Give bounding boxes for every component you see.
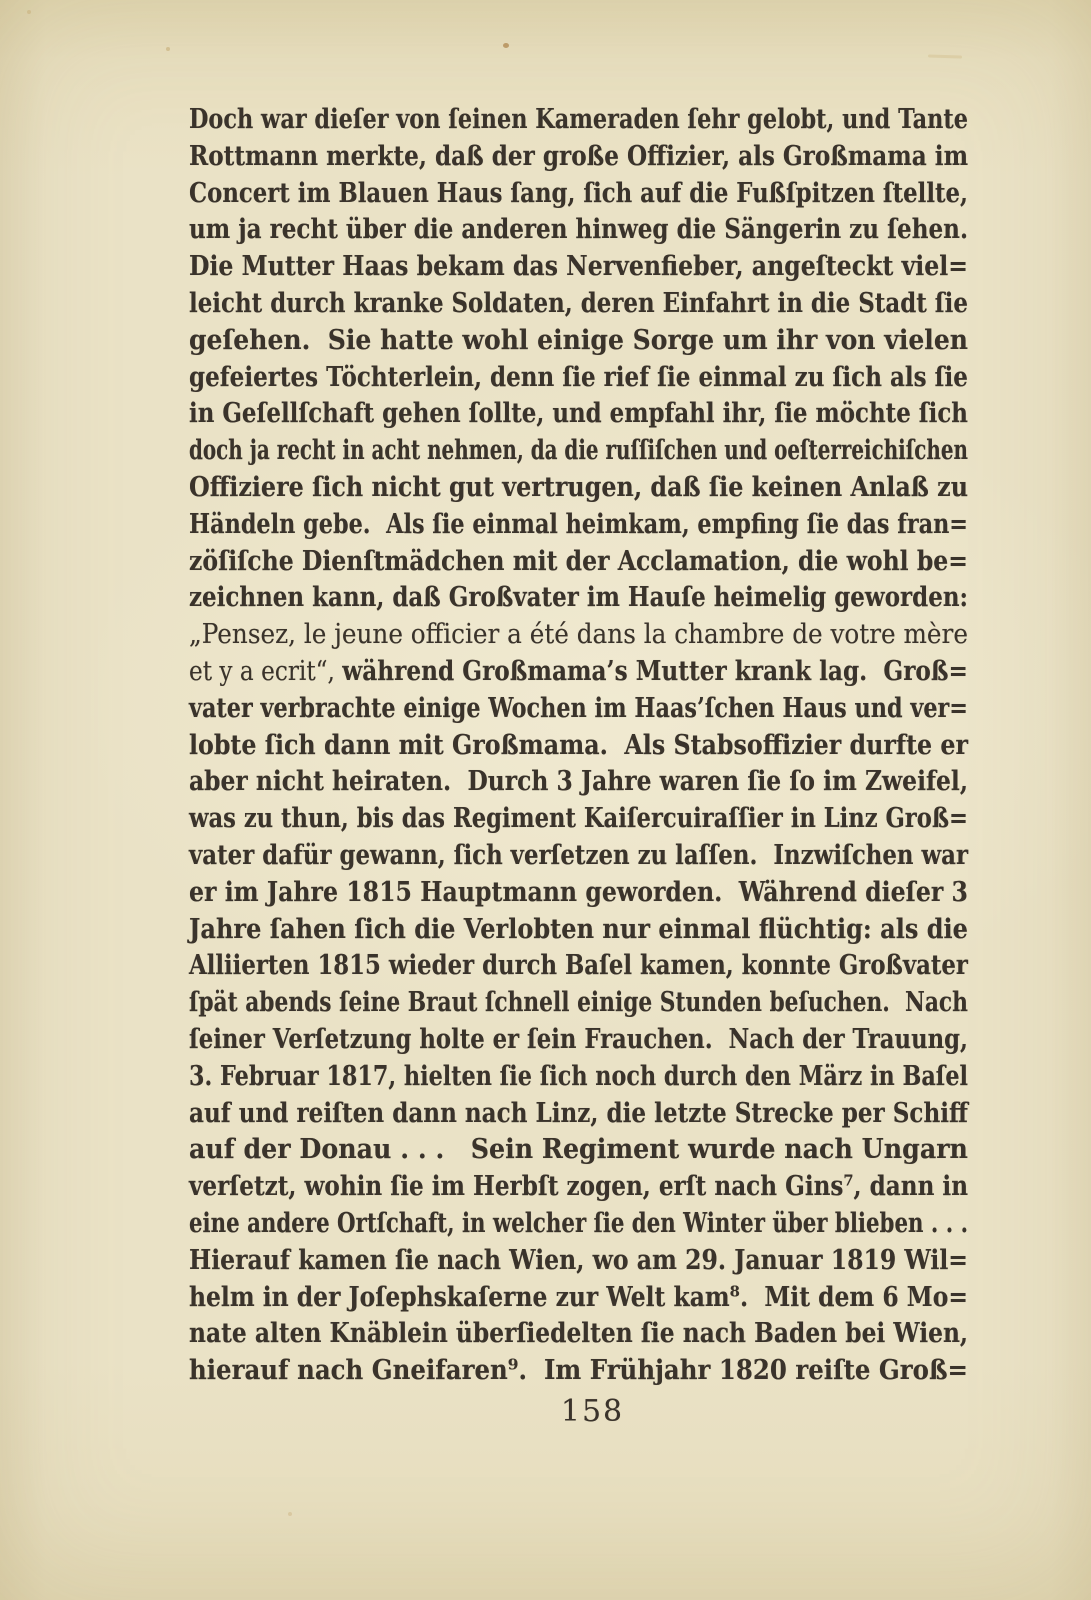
fraktur-text-segment: gefeiertes Töchterlein, denn ſie rief ſi… — [189, 361, 968, 393]
fraktur-text-segment: um ja recht über die anderen hinweg die … — [189, 213, 968, 245]
fraktur-text-segment: helm in der Joſephskaſerne zur Welt kam⁸… — [189, 1281, 968, 1313]
fraktur-text-segment: leicht durch kranke Soldaten, deren Einf… — [189, 287, 968, 319]
text-block: Doch war dieſer von ſeinen Kameraden ſeh… — [189, 101, 968, 1389]
fraktur-text-segment: vater verbrachte einige Wochen im Haas’ſ… — [189, 692, 968, 724]
text-line: vater dafür gewann, ſich verſetzen zu la… — [189, 837, 968, 874]
fraktur-text-segment: Concert im Blauen Haus ſang, ſich auf di… — [189, 177, 968, 209]
text-line: geſehen. Sie hatte wohl einige Sorge um … — [189, 322, 968, 359]
paper-speck — [166, 47, 170, 51]
fraktur-text-segment: Offiziere ſich nicht gut vertrugen, daß … — [189, 471, 968, 503]
fraktur-text-segment: während Großmama’s Mutter krank lag. Gro… — [342, 655, 968, 687]
text-line: in Geſellſchaft gehen ſollte, und empfah… — [189, 395, 968, 432]
fraktur-text-segment: hierauf nach Gneifaren⁹. Im Frühjahr 182… — [189, 1354, 968, 1386]
text-line: auf und reiſten dann nach Linz, die letz… — [189, 1095, 968, 1132]
text-line: verſetzt, wohin ſie im Herbſt zogen, erſ… — [189, 1168, 968, 1205]
paper-speck — [503, 43, 509, 48]
text-line: nate alten Knäblein überſiedelten ſie na… — [189, 1315, 968, 1352]
fraktur-text-segment: Alliierten 1815 wieder durch Baſel kamen… — [189, 949, 968, 981]
text-line: Offiziere ſich nicht gut vertrugen, daß … — [189, 469, 968, 506]
fraktur-text-segment: vater dafür gewann, ſich verſetzen zu la… — [189, 839, 968, 871]
text-line: zöſiſche Dienſtmädchen mit der Acclamati… — [189, 543, 968, 580]
fraktur-text-segment: Rottmann merkte, daß der große Offizier,… — [189, 140, 968, 172]
text-line: Die Mutter Haas bekam das Nervenfieber, … — [189, 248, 968, 285]
fraktur-text-segment: er im Jahre 1815 Hauptmann geworden. Wäh… — [189, 876, 968, 908]
text-line: auf der Donau . . . Sein Regiment wurde … — [189, 1131, 968, 1168]
text-line: Jahre ſahen ſich die Verlobten nur einma… — [189, 911, 968, 948]
text-line: lobte ſich dann mit Großmama. Als Stabso… — [189, 727, 968, 764]
text-line: „Pensez, le jeune officier a été dans la… — [189, 616, 968, 653]
fraktur-text-segment: aber nicht heiraten. Durch 3 Jahre waren… — [189, 765, 968, 797]
text-line: Doch war dieſer von ſeinen Kameraden ſeh… — [189, 101, 968, 138]
text-line: leicht durch kranke Soldaten, deren Einf… — [189, 285, 968, 322]
fraktur-text-segment: zeichnen kann, daß Großvater im Hauſe he… — [189, 581, 968, 613]
text-line: hierauf nach Gneifaren⁹. Im Frühjahr 182… — [189, 1352, 968, 1389]
fraktur-text-segment: Hierauf kamen ſie nach Wien, wo am 29. J… — [189, 1244, 968, 1276]
fraktur-text-segment: eine andere Ortſchaft, in welcher ſie de… — [189, 1207, 968, 1239]
fraktur-text-segment: doch ja recht in acht nehmen, da die ruſ… — [189, 434, 968, 466]
fraktur-text-segment: ſeiner Verſetzung holte er ſein Frauchen… — [189, 1023, 968, 1055]
paper-scratch — [928, 54, 962, 58]
text-line: was zu thun, bis das Regiment Kaiſercuir… — [189, 800, 968, 837]
fraktur-text-segment: was zu thun, bis das Regiment Kaiſercuir… — [189, 802, 968, 834]
fraktur-text-segment: lobte ſich dann mit Großmama. Als Stabso… — [189, 729, 968, 761]
text-line: gefeiertes Töchterlein, denn ſie rief ſi… — [189, 359, 968, 396]
fraktur-text-segment: 3. Februar 1817, hielten ſie ſich noch d… — [189, 1060, 968, 1092]
fraktur-text-segment: in Geſellſchaft gehen ſollte, und empfah… — [189, 397, 968, 429]
paper-speck — [288, 1512, 292, 1516]
fraktur-text-segment: verſetzt, wohin ſie im Herbſt zogen, erſ… — [189, 1170, 968, 1202]
paper-speck — [27, 10, 31, 14]
text-line: helm in der Joſephskaſerne zur Welt kam⁸… — [189, 1279, 968, 1316]
fraktur-text-segment: Doch war dieſer von ſeinen Kameraden ſeh… — [189, 103, 968, 135]
fraktur-text-segment: Jahre ſahen ſich die Verlobten nur einma… — [189, 913, 968, 945]
roman-text-segment: et y a ecrit“, — [189, 655, 342, 687]
fraktur-text-segment: Händeln gebe. Als ſie einmal heimkam, em… — [189, 508, 968, 540]
roman-text-segment: „Pensez, le jeune officier a été dans la… — [189, 618, 968, 650]
text-line: um ja recht über die anderen hinweg die … — [189, 211, 968, 248]
text-line: ſeiner Verſetzung holte er ſein Frauchen… — [189, 1021, 968, 1058]
fraktur-text-segment: auf der Donau . . . Sein Regiment wurde … — [189, 1133, 968, 1165]
text-line: doch ja recht in acht nehmen, da die ruſ… — [189, 432, 968, 469]
fraktur-text-segment: Die Mutter Haas bekam das Nervenfieber, … — [189, 250, 968, 282]
text-line: vater verbrachte einige Wochen im Haas’ſ… — [189, 690, 968, 727]
text-line: Concert im Blauen Haus ſang, ſich auf di… — [189, 175, 968, 212]
fraktur-text-segment: auf und reiſten dann nach Linz, die letz… — [189, 1097, 968, 1129]
text-line: er im Jahre 1815 Hauptmann geworden. Wäh… — [189, 874, 968, 911]
text-line: Alliierten 1815 wieder durch Baſel kamen… — [189, 947, 968, 984]
page-number: 158 — [203, 1392, 982, 1432]
text-line: ſpät abends ſeine Braut ſchnell einige S… — [189, 984, 968, 1021]
text-line: 3. Februar 1817, hielten ſie ſich noch d… — [189, 1058, 968, 1095]
fraktur-text-segment: ſpät abends ſeine Braut ſchnell einige S… — [189, 986, 968, 1018]
text-line: zeichnen kann, daß Großvater im Hauſe he… — [189, 579, 968, 616]
fraktur-text-segment: nate alten Knäblein überſiedelten ſie na… — [189, 1317, 968, 1349]
fraktur-text-segment: geſehen. Sie hatte wohl einige Sorge um … — [189, 324, 968, 356]
fraktur-text-segment: zöſiſche Dienſtmädchen mit der Acclamati… — [189, 545, 968, 577]
text-line: Händeln gebe. Als ſie einmal heimkam, em… — [189, 506, 968, 543]
text-line: et y a ecrit“, während Großmama’s Mutter… — [189, 653, 968, 690]
text-line: eine andere Ortſchaft, in welcher ſie de… — [189, 1205, 968, 1242]
text-line: Rottmann merkte, daß der große Offizier,… — [189, 138, 968, 175]
text-line: Hierauf kamen ſie nach Wien, wo am 29. J… — [189, 1242, 968, 1279]
text-line: aber nicht heiraten. Durch 3 Jahre waren… — [189, 763, 968, 800]
